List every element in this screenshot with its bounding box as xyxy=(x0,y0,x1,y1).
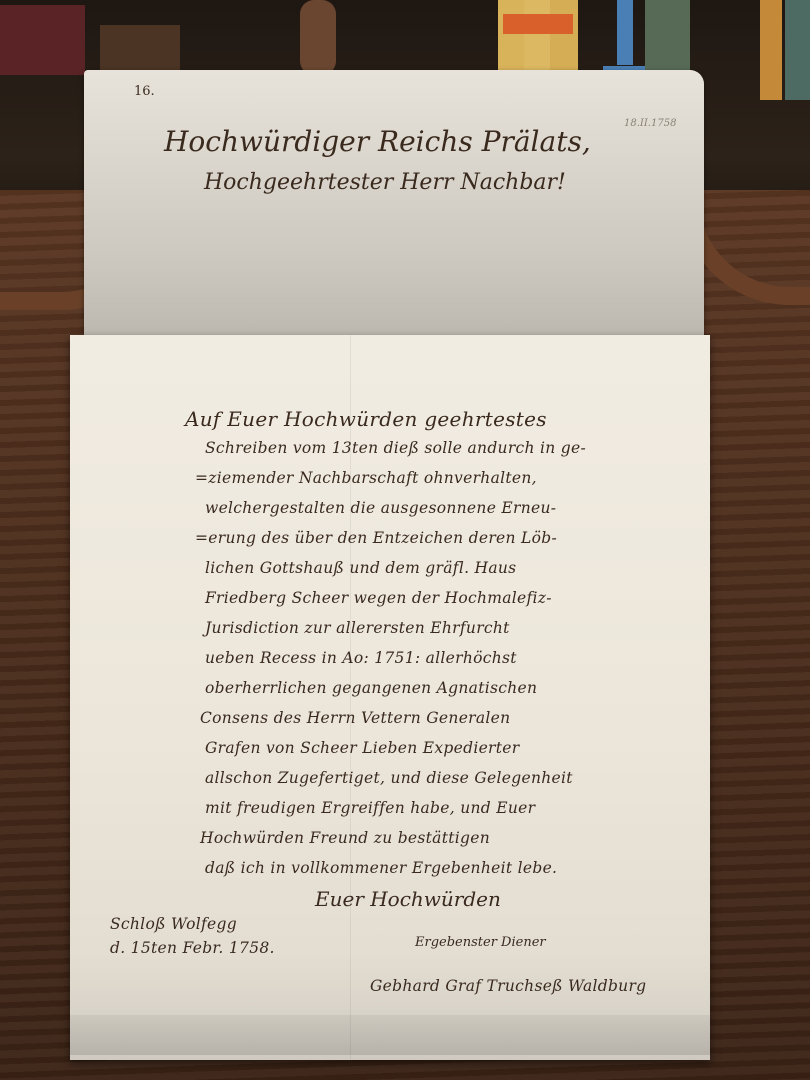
book-teal xyxy=(785,0,810,100)
body-line: Auf Euer Hochwürden geehrtestes xyxy=(185,407,547,431)
body-line: Friedberg Scheer wegen der Hochmalefiz- xyxy=(205,589,552,607)
body-line: allschon Zugefertiget, und diese Gelegen… xyxy=(205,769,573,787)
book-blue xyxy=(617,0,633,65)
body-line: daß ich in vollkommener Ergebenheit lebe… xyxy=(205,859,557,877)
signature: Gebhard Graf Truchseß Waldburg xyxy=(370,977,646,995)
body-line: welchergestalten die ausgesonnene Erneu- xyxy=(205,499,556,517)
body-line: =ziemender Nachbarschaft ohnverhalten, xyxy=(195,469,537,487)
place-line: Schloß Wolfegg xyxy=(110,915,237,933)
subscription: Ergebenster Diener xyxy=(415,935,546,950)
body-line: Grafen von Scheer Lieben Expedierter xyxy=(205,739,519,757)
book-red xyxy=(0,5,85,75)
body-line: Jurisdiction zur allerersten Ehrfurcht xyxy=(205,619,510,637)
salutation-line-1: Hochwürdiger Reichs Prälats, xyxy=(164,125,591,158)
letter-top-flap: 16. 18.II.1758 Hochwürdiger Reichs Präla… xyxy=(84,70,704,340)
twisted-column xyxy=(300,0,336,75)
body-line: ueben Recess in Ao: 1751: allerhöchst xyxy=(205,649,517,667)
closing: Euer Hochwürden xyxy=(315,887,501,911)
letter-sheet: Auf Euer Hochwürden geehrtestes Schreibe… xyxy=(70,335,710,1060)
body-line: Hochwürden Freund zu bestättigen xyxy=(200,829,490,847)
salutation-line-2: Hochgeehrtester Herr Nachbar! xyxy=(204,170,566,195)
body-line: mit freudigen Ergreiffen habe, und Euer xyxy=(205,799,535,817)
book-label xyxy=(503,14,573,34)
archive-number: 16. xyxy=(134,84,155,99)
fold-line-horizontal xyxy=(70,1015,710,1055)
body-line: lichen Gottshauß und dem gräfl. Haus xyxy=(205,559,516,577)
archive-mark: 18.II.1758 xyxy=(624,118,676,129)
date-line: d. 15ten Febr. 1758. xyxy=(110,939,275,957)
body-line: Schreiben vom 13ten dieß solle andurch i… xyxy=(205,439,586,457)
body-line: oberherrlichen gegangenen Agnatischen xyxy=(205,679,537,697)
body-line: =erung des über den Entzeichen deren Löb… xyxy=(195,529,557,547)
body-line: Consens des Herrn Vettern Generalen xyxy=(200,709,510,727)
book-orange xyxy=(760,0,782,100)
